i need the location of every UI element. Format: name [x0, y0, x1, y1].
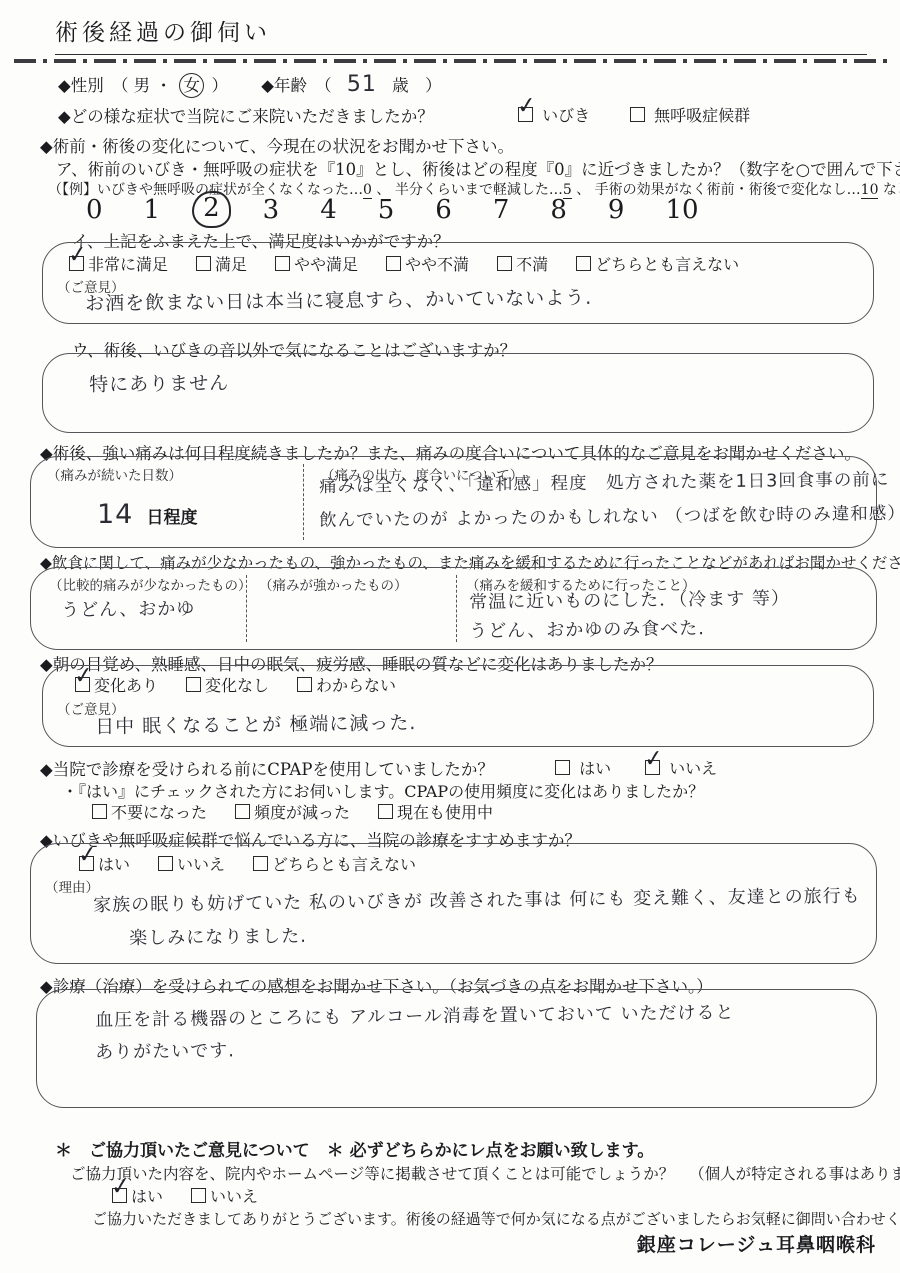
option-neither[interactable]: どちらとも言えない — [576, 252, 739, 275]
example-text: など） — [878, 182, 900, 198]
option-label: わからない — [316, 676, 396, 695]
symptom-option-snoring[interactable]: ✓ いびき — [518, 103, 590, 126]
option-somewhat-satisfied[interactable]: やや満足 — [275, 252, 358, 275]
checkbox-recommend-no[interactable] — [158, 856, 173, 871]
option-cpap-using[interactable]: 現在も使用中 — [378, 800, 493, 823]
scale-6[interactable]: 6 — [435, 195, 452, 225]
page-title: 術後経過の御伺い — [55, 20, 271, 46]
check-mark-icon: ✓ — [67, 243, 89, 268]
footer-note-bold: 必ずどちらかにレ点をお願い致します。 — [350, 1141, 655, 1161]
option-label: 変化あり — [94, 676, 158, 695]
check-mark-icon: ✓ — [77, 843, 99, 868]
pain-answer-box[interactable]: （痛みが続いた日数） （痛みの出方、度合いについて） 14 日程度 痛みは全くな… — [30, 456, 877, 548]
sex-label: ◆性別 （ 男 ・ — [58, 76, 172, 95]
cpap-followup-question: ・『はい』にチェックされた方にお伺いします。CPAPの使用頻度に変化はありました… — [62, 779, 704, 802]
sleep-comment-handwritten: 日中 眠くなることが 極端に減った. — [95, 708, 416, 739]
option-label: 不要になった — [111, 803, 207, 822]
option-label: どちらとも言えない — [595, 255, 739, 274]
cpap-question: ◆当院で診療を受けられる前にCPAPを使用していましたか？ — [40, 756, 494, 780]
option-label: いいえ — [210, 1187, 258, 1206]
checkbox-neither[interactable] — [576, 256, 591, 271]
option-label: どちらとも言えない — [272, 855, 416, 874]
checkbox-cpap-unneeded[interactable] — [92, 804, 107, 819]
option-very-satisfied[interactable]: ✓非常に満足 — [69, 252, 168, 275]
option-label: いいえ — [669, 759, 717, 778]
scale-0[interactable]: 0 — [86, 195, 103, 225]
checkbox-cpap-no[interactable]: ✓ — [645, 760, 660, 775]
food-col1-label: （比較的痛みが少なかったもの） — [49, 574, 252, 594]
option-publish-no[interactable]: いいえ — [191, 1184, 258, 1207]
sleep-answer-box[interactable]: ✓変化あり 変化なし わからない （ご意見） 日中 眠くなることが 極端に減った… — [42, 665, 874, 747]
food-col1-answer-handwritten: うどん、おかゆ — [61, 594, 195, 622]
scale-4[interactable]: 4 — [320, 195, 337, 225]
checkbox-publish-no[interactable] — [191, 1188, 206, 1203]
option-label: はい — [131, 1187, 163, 1206]
profile-row: ◆性別 （ 男 ・ 女 ） ◆年齢 （ 51 歳 ） — [58, 72, 442, 98]
severity-scale: 0 1 2 3 4 5 6 7 8 9 10 — [86, 193, 699, 226]
pain-days-label: （痛みが続いた日数） — [47, 464, 182, 484]
page-title-underline: 術後経過の御伺い — [55, 14, 867, 55]
option-change-yes[interactable]: ✓変化あり — [75, 673, 158, 696]
other-concerns-answer-box[interactable]: 特にありません — [42, 353, 874, 433]
sleep-options: ✓変化あり 変化なし わからない — [75, 673, 396, 696]
other-concerns-answer-handwritten: 特にありません — [89, 368, 229, 397]
checkbox-change-no[interactable] — [186, 677, 201, 692]
option-recommend-no[interactable]: いいえ — [158, 852, 225, 875]
pain-column-divider — [303, 464, 304, 540]
publish-note: （個人が特定される事はありません） — [689, 1165, 900, 1183]
impressions-answer-box[interactable]: 血圧を計る機器のところにも アルコール消毒を置いておいて いただけると ありがた… — [36, 989, 877, 1108]
pain-days-answer: 14 日程度 — [97, 499, 197, 530]
clinic-name: 銀座コレージュ耳鼻咽喉科 — [637, 1230, 876, 1257]
food-col3-line1-handwritten: 常温に近いものにした．（冷ます 等） — [469, 584, 790, 614]
recommend-answer-box[interactable]: ✓はい いいえ どちらとも言えない （理由） 家族の眠りも妨げていた 私のいびき… — [30, 843, 877, 964]
publish-question: ご協力頂いた内容を、院内やホームページ等に掲載させて頂くことは可能でしょうか？ … — [70, 1162, 900, 1184]
food-answer-box[interactable]: （比較的痛みが少なかったもの） （痛みが強かったもの） （痛みを緩和するために行… — [30, 567, 877, 650]
symptom-option-label: いびき — [542, 106, 590, 125]
sex-suffix: ） — [211, 76, 228, 95]
scale-5[interactable]: 5 — [378, 195, 395, 225]
symptom-question: ◆どの様な症状で当院にご来院いただきましたか？ — [58, 103, 434, 127]
circled-female-answer[interactable]: 女 — [179, 73, 204, 98]
option-label: 現在も使用中 — [397, 803, 493, 822]
option-label: 変化なし — [205, 676, 269, 695]
reason-label: （理由） — [45, 876, 99, 896]
food-col3-line2-handwritten: うどん、おかゆのみ食べた. — [469, 614, 705, 643]
impressions-line2-handwritten: ありがたいです. — [95, 1036, 235, 1064]
option-label: 非常に満足 — [88, 255, 168, 274]
option-cpap-reduced[interactable]: 頻度が減った — [235, 800, 350, 823]
option-label: 不満 — [516, 255, 548, 274]
option-change-no[interactable]: 変化なし — [186, 673, 269, 696]
footer-note-prefix: ＊ ご協力頂いたご意見について ＊ — [55, 1141, 350, 1161]
symptom-option-label: 無呼吸症候群 — [654, 106, 750, 125]
checkbox-somewhat-dissatisfied[interactable] — [386, 256, 401, 271]
checkbox-snoring[interactable]: ✓ — [518, 107, 533, 122]
thanks-line: ご協力いただきましてありがとうございます。術後の経過等で何か気になる点がございま… — [92, 1208, 900, 1229]
scale-8[interactable]: 8 — [550, 195, 567, 225]
option-publish-yes[interactable]: ✓はい — [112, 1184, 163, 1207]
pain-days-unit: 日程度 — [146, 508, 197, 528]
check-mark-icon: ✓ — [110, 1175, 132, 1200]
footer-note: ＊ ご協力頂いたご意見について ＊ 必ずどちらかにレ点をお願い致します。 — [55, 1136, 654, 1161]
check-mark-icon: ✓ — [73, 664, 95, 689]
option-label: はい — [579, 759, 611, 778]
satisfaction-options: ✓非常に満足 満足 やや満足 やや不満 不満 どちらとも言えない — [69, 252, 739, 275]
check-mark-icon: ✓ — [643, 747, 665, 772]
question-a: ア、術前のいびき・無呼吸の症状を『10』とし、術後はどの程度『0』に近づきました… — [56, 156, 900, 180]
example-ten: 10 — [861, 182, 879, 199]
scale-2-circled-answer[interactable]: 2 — [192, 191, 231, 228]
age-suffix: 歳 ） — [392, 76, 442, 95]
checkbox-change-unknown[interactable] — [297, 677, 312, 692]
option-change-unknown[interactable]: わからない — [297, 673, 396, 696]
option-satisfied[interactable]: 満足 — [196, 252, 247, 275]
scale-1[interactable]: 1 — [144, 195, 161, 225]
scale-3[interactable]: 3 — [263, 195, 280, 225]
questionnaire-page: 術後経過の御伺い ◆性別 （ 男 ・ 女 ） ◆年齢 （ 51 歳 ） ◆どの様… — [0, 0, 900, 1273]
checkbox-cpap-reduced[interactable] — [235, 804, 250, 819]
option-label: はい — [98, 855, 130, 874]
satisfaction-comment-handwritten: お酒を飲まない日は本当に寝息すら、かいていないよう. — [85, 283, 592, 316]
checkbox-recommend-yes[interactable]: ✓ — [79, 856, 94, 871]
option-cpap-unneeded[interactable]: 不要になった — [92, 800, 207, 823]
checkbox-somewhat-satisfied[interactable] — [275, 256, 290, 271]
age-label: ◆年齢 （ — [261, 76, 331, 95]
scale-9[interactable]: 9 — [608, 195, 625, 225]
symptom-option-apnea[interactable]: 無呼吸症候群 — [630, 103, 750, 126]
food-divider-2 — [456, 575, 457, 642]
change-heading: ◆術前・術後の変化について、今現在の状況をお聞かせ下さい。 — [40, 133, 514, 157]
option-somewhat-dissatisfied[interactable]: やや不満 — [386, 252, 469, 275]
option-label: やや不満 — [405, 255, 469, 274]
checkbox-cpap-yes[interactable] — [555, 760, 570, 775]
reason-line1-handwritten: 家族の眠りも妨げていた 私のいびきが 改善された事は 何にも 変え難く、友達との… — [93, 882, 861, 917]
option-label: いいえ — [177, 855, 225, 874]
check-mark-icon: ✓ — [516, 94, 538, 119]
checkbox-satisfied[interactable] — [196, 256, 211, 271]
checkbox-cpap-using[interactable] — [378, 804, 393, 819]
pain-days-value-handwritten: 14 — [97, 499, 133, 530]
option-recommend-yes[interactable]: ✓はい — [79, 852, 130, 875]
checkbox-very-satisfied[interactable]: ✓ — [69, 256, 84, 271]
option-label: 頻度が減った — [254, 803, 350, 822]
checkbox-publish-yes[interactable]: ✓ — [112, 1188, 127, 1203]
publish-question-text: ご協力頂いた内容を、院内やホームページ等に掲載させて頂くことは可能でしょうか？ — [70, 1165, 674, 1183]
cpap-option-no[interactable]: ✓ いいえ — [645, 756, 717, 779]
checkbox-apnea[interactable] — [630, 107, 645, 122]
option-recommend-neither[interactable]: どちらとも言えない — [253, 852, 416, 875]
satisfaction-answer-box[interactable]: ✓非常に満足 満足 やや満足 やや不満 不満 どちらとも言えない （ご意見） お… — [42, 242, 874, 324]
food-col2-label: （痛みが強かったもの） — [259, 574, 408, 594]
scale-7[interactable]: 7 — [493, 195, 510, 225]
option-label: 満足 — [215, 255, 247, 274]
impressions-line1-handwritten: 血圧を計る機器のところにも アルコール消毒を置いておいて いただけると — [95, 998, 735, 1032]
checkbox-recommend-neither[interactable] — [253, 856, 268, 871]
checkbox-dissatisfied[interactable] — [497, 256, 512, 271]
dash-separator — [14, 59, 887, 63]
cpap-option-yes[interactable]: はい — [555, 756, 611, 779]
checkbox-change-yes[interactable]: ✓ — [75, 677, 90, 692]
option-label: やや満足 — [294, 255, 358, 274]
pain-comment-line2-handwritten: 飲んでいたのが よかったのかもしれない （つばを飲む時のみ違和感） — [319, 500, 900, 532]
scale-10[interactable]: 10 — [665, 195, 698, 225]
cpap-followup-options: 不要になった 頻度が減った 現在も使用中 — [92, 800, 493, 823]
recommend-options: ✓はい いいえ どちらとも言えない — [79, 852, 416, 875]
option-dissatisfied[interactable]: 不満 — [497, 252, 548, 275]
publish-options: ✓はい いいえ — [112, 1184, 258, 1207]
age-value-handwritten[interactable]: 51 — [347, 72, 377, 97]
reason-line2-handwritten: 楽しみになりました. — [129, 922, 307, 950]
